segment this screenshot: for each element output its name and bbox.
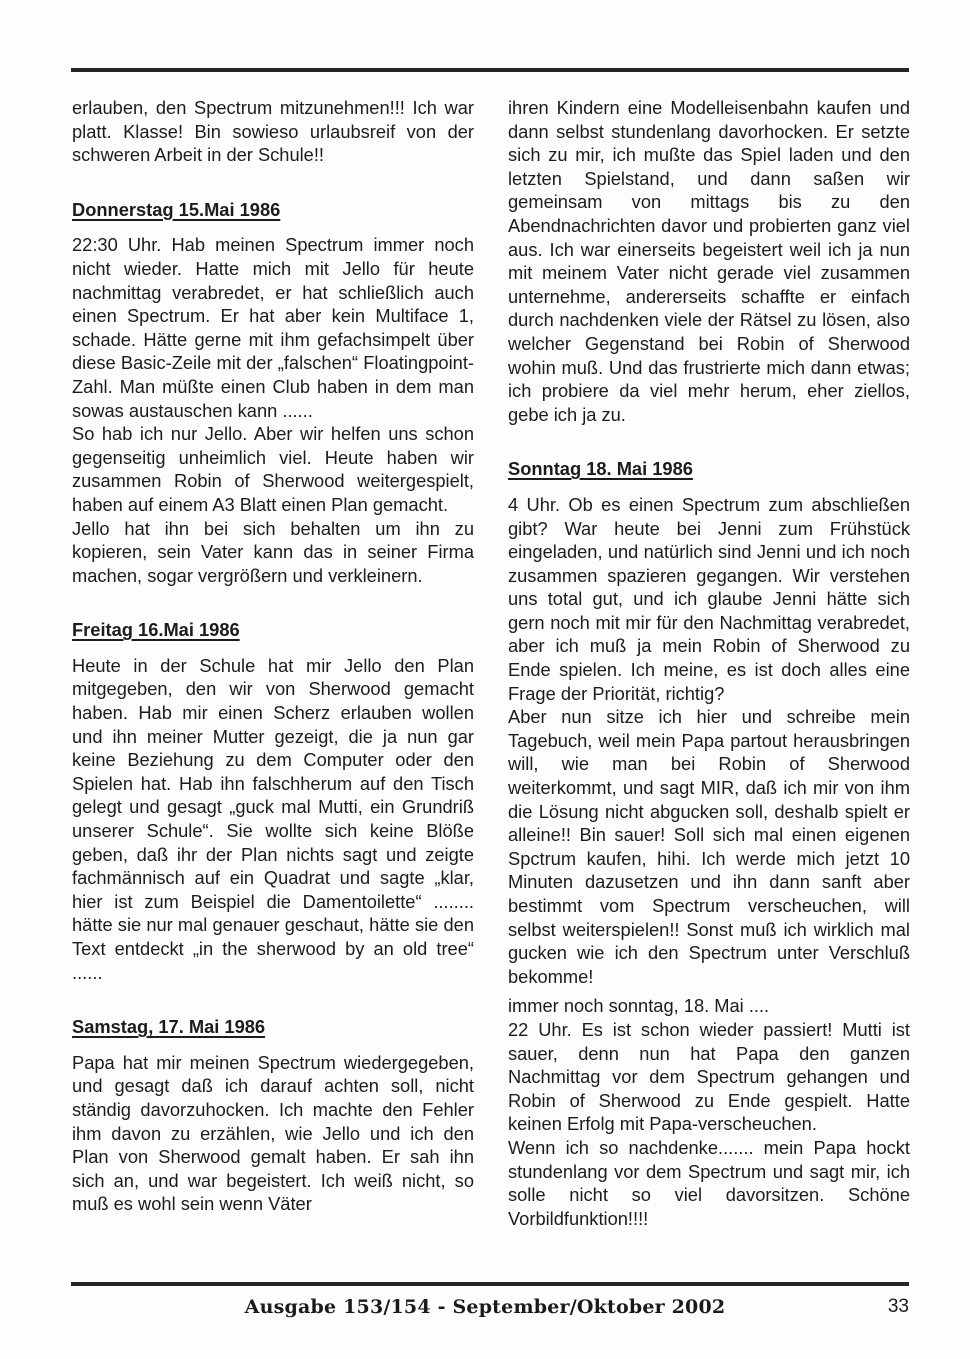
entry-heading-sonntag: Sonntag 18. Mai 1986 — [508, 457, 910, 481]
entry-paragraph: Jello hat ihn bei sich behalten um ihn z… — [72, 517, 474, 588]
entry-paragraph: So hab ich nur Jello. Aber wir helfen un… — [72, 422, 474, 516]
left-intro-paragraph: erlauben, den Spectrum mitzunehmen!!! Ic… — [72, 96, 474, 167]
right-intro-paragraph: ihren Kindern eine Modelleisenbahn kaufe… — [508, 96, 910, 426]
entry-paragraph: 4 Uhr. Ob es einen Spectrum zum abschlie… — [508, 493, 910, 705]
entry-paragraph: 22 Uhr. Es ist schon wieder passiert! Mu… — [508, 1018, 910, 1136]
entry-paragraph: immer noch sonntag, 18. Mai .... — [508, 994, 910, 1018]
entry-heading-donnerstag: Donnerstag 15.Mai 1986 — [72, 198, 474, 222]
top-rule — [71, 68, 909, 72]
page-number: 33 — [888, 1296, 909, 1318]
entry-paragraph: 22:30 Uhr. Hab meinen Spectrum immer noc… — [72, 233, 474, 422]
entry-paragraph: Wenn ich so nachdenke....... mein Papa h… — [508, 1136, 910, 1230]
issue-label: Ausgabe 153/154 - September/Oktober 2002 — [0, 1296, 970, 1318]
page-footer: Ausgabe 153/154 - September/Oktober 2002… — [0, 1296, 970, 1326]
entry-paragraph: Papa hat mir meinen Spectrum wiedergegeb… — [72, 1051, 474, 1216]
entry-paragraph: Aber nun sitze ich hier und schreibe mei… — [508, 705, 910, 988]
right-column: ihren Kindern eine Modelleisenbahn kaufe… — [508, 96, 910, 1230]
left-column: erlauben, den Spectrum mitzunehmen!!! Ic… — [72, 96, 474, 1216]
entry-heading-freitag: Freitag 16.Mai 1986 — [72, 618, 474, 642]
bottom-rule — [71, 1282, 909, 1286]
entry-heading-samstag: Samstag, 17. Mai 1986 — [72, 1015, 474, 1039]
entry-paragraph: Heute in der Schule hat mir Jello den Pl… — [72, 654, 474, 984]
